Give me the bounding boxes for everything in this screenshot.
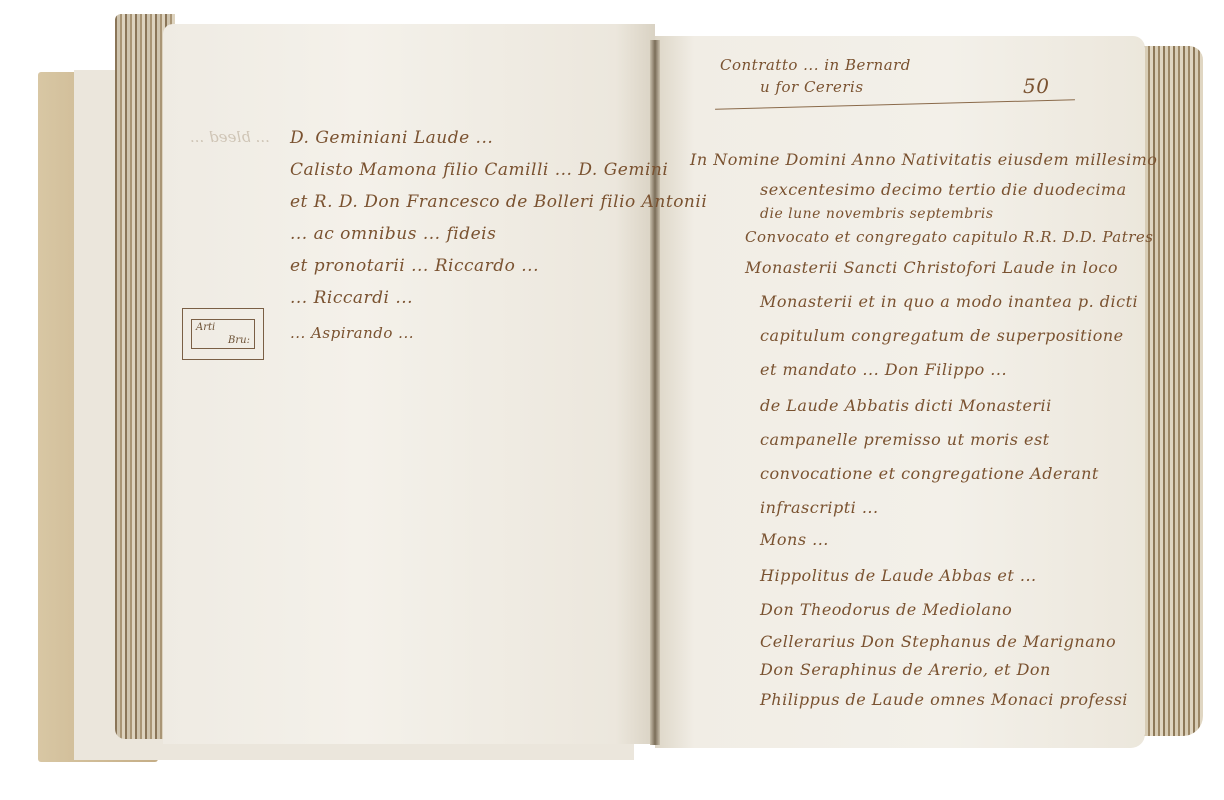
left-line: ... Aspirando ... <box>290 324 414 342</box>
bleed-through-text: ... bleed ... <box>190 128 270 146</box>
left-line: ... Riccardi ... <box>290 288 413 308</box>
left-line: D. Geminiani Laude ... <box>290 128 493 148</box>
sketch-frame: Arti Bru: <box>191 319 255 349</box>
right-line: et mandato ... Don Filippo ... <box>760 360 1007 379</box>
right-line: Don Seraphinus de Arerio, et Don <box>760 660 1051 679</box>
left-line: Calisto Mamona filio Camilli ... D. Gemi… <box>290 160 668 180</box>
right-line: infrascripti ... <box>760 498 879 517</box>
right-line: Don Theodorus de Mediolano <box>760 600 1012 619</box>
right-line: campanelle premisso ut moris est <box>760 430 1050 449</box>
right-line: Cellerarius Don Stephanus de Marignano <box>760 632 1116 651</box>
right-line: In Nomine Domini Anno Nativitatis eiusde… <box>690 150 1157 169</box>
book-gutter <box>650 40 660 745</box>
right-header-line2: u for Cereris <box>760 78 864 96</box>
right-line: Monasterii et in quo a modo inantea p. d… <box>760 292 1138 311</box>
right-line: de Laude Abbatis dicti Monasterii <box>760 396 1052 415</box>
right-line: Hippolitus de Laude Abbas et ... <box>760 566 1037 585</box>
sketch-top-label: Arti <box>196 322 215 333</box>
left-line: et pronotarii ... Riccardo ... <box>290 256 539 276</box>
left-line: et R. D. Don Francesco de Bolleri filio … <box>290 192 707 212</box>
right-line: Mons ... <box>760 530 829 549</box>
sketch-bottom-label: Bru: <box>228 335 250 346</box>
right-line: sexcentesimo decimo tertio die duodecima <box>760 180 1127 199</box>
right-line: die lune novembris septembris <box>760 206 994 222</box>
right-line: Philippus de Laude omnes Monaci professi <box>760 690 1128 709</box>
right-line: capitulum congregatum de superpositione <box>760 326 1124 345</box>
right-line: Convocato et congregato capitulo R.R. D.… <box>745 228 1153 246</box>
left-line: ... ac omnibus ... fideis <box>290 224 496 244</box>
margin-sketch: Arti Bru: <box>182 308 264 360</box>
right-line: Monasterii Sancti Christofori Laude in l… <box>745 258 1118 277</box>
folio-number: 50 <box>1023 74 1049 98</box>
right-line: convocatione et congregatione Aderant <box>760 464 1099 483</box>
right-header-line1: Contratto ... in Bernard <box>720 56 911 74</box>
